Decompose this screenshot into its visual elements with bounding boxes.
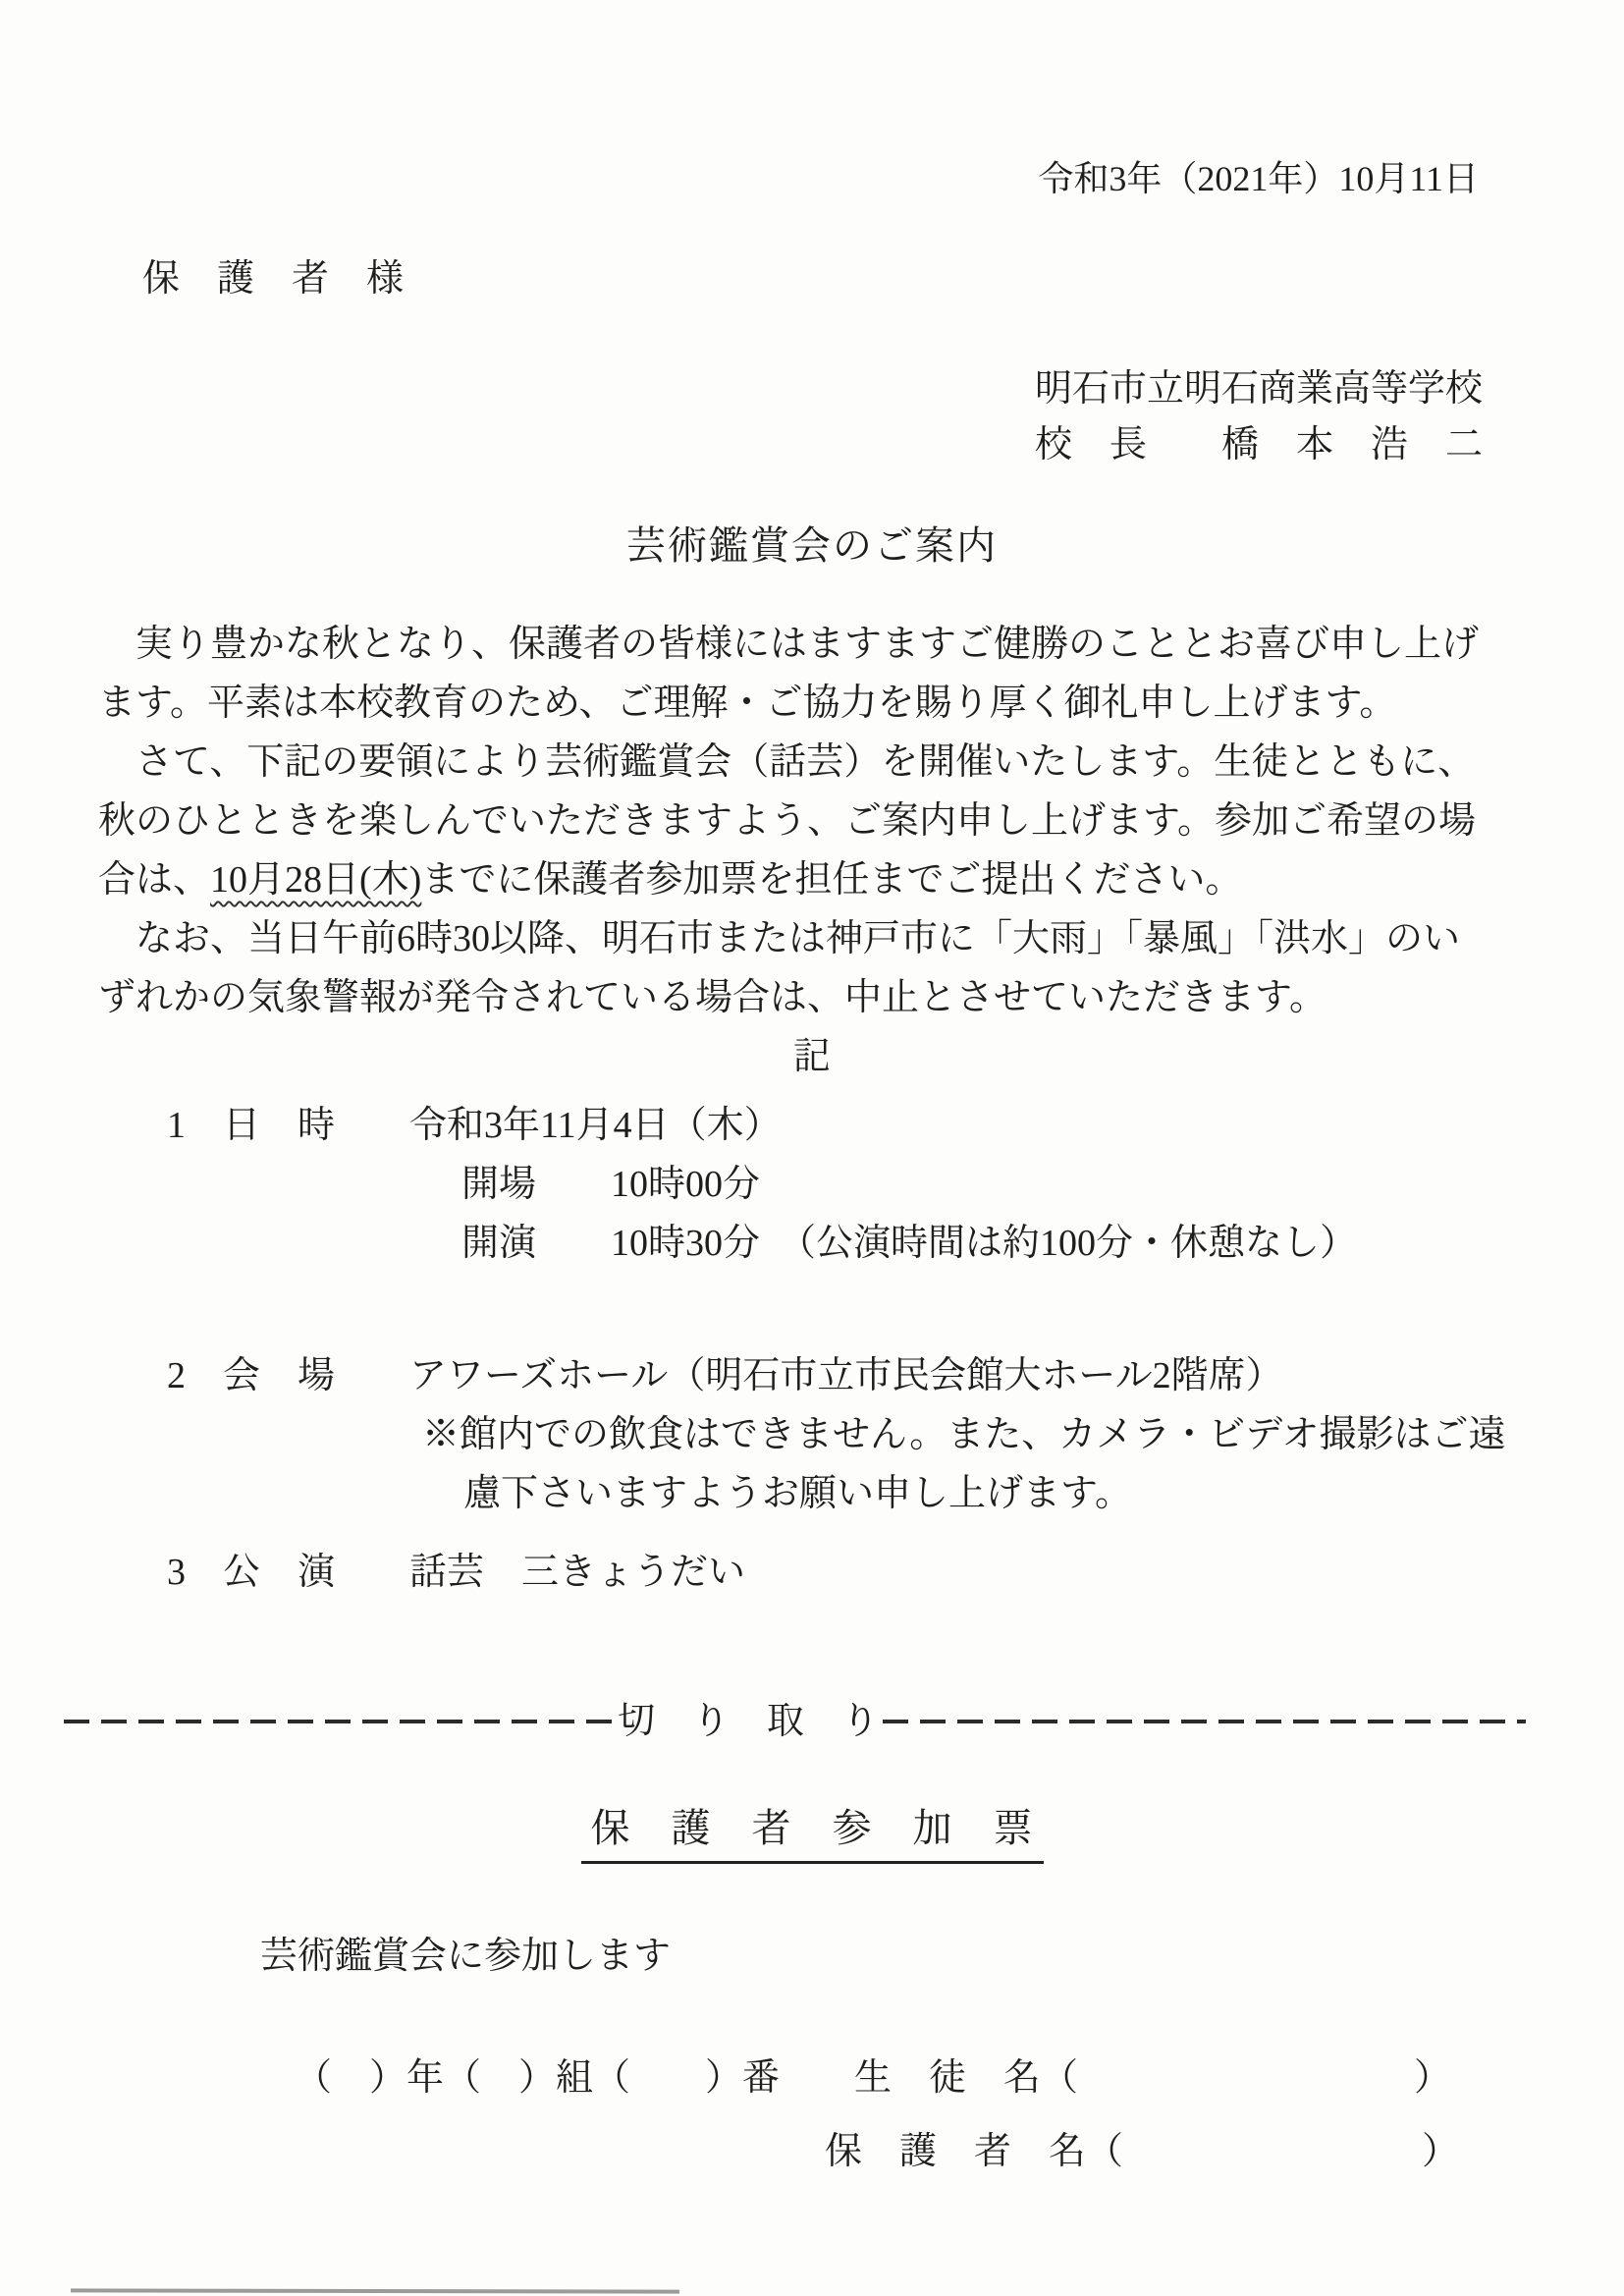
venue-note-line1: ※館内での飲食はできません。また、カメラ・ビデオ撮影はご遠	[422, 1405, 1526, 1464]
venue-note-line2: 慮下さいますようお願い申し上げます。	[463, 1464, 1526, 1523]
document-title: 芸術鑑賞会のご案内	[98, 522, 1526, 570]
sender-principal: 校 長 橋 本 浩 二	[98, 417, 1483, 473]
cut-line-dashes-right	[883, 1720, 1526, 1723]
deadline-text-before: 合は、	[98, 859, 210, 901]
body-paragraphs: 実り豊かな秋となり、保護者の皆様にはますますご健勝のこととお喜び申し上げ ます。…	[98, 615, 1526, 1027]
form-student-row: （ ）年（ ）組（ ）番 生 徒 名（ ）	[295, 2049, 1526, 2107]
notice-marker: 記	[98, 1027, 1526, 1086]
form-statement: 芸術鑑賞会に参加します	[260, 1927, 1526, 1986]
form-title: 保 護 者 参 加 票	[581, 1797, 1044, 1864]
scan-edge-artifact	[71, 2288, 679, 2293]
paragraph1-line1: 実り豊かな秋となり、保護者の皆様にはますますご健勝のこととお喜び申し上げ	[98, 615, 1526, 674]
paragraph1-line2: ます。平素は本校教育のため、ご理解・ご協力を賜り厚く御礼申し上げます。	[98, 674, 1526, 733]
item-performance: 3 公 演 話芸 三きょうだい	[167, 1543, 1526, 1602]
sender-school: 明石市立明石商業高等学校	[98, 361, 1483, 417]
addressee: 保 護 者 様	[142, 259, 1526, 299]
item-start-time: 開演 10時30分 （公演時間は約100分・休憩なし）	[461, 1214, 1526, 1273]
cut-line-dashes-left	[64, 1720, 614, 1723]
document-page: 令和3年（2021年）10月11日 保 護 者 様 明石市立明石商業高等学校 校…	[0, 0, 1624, 2296]
paragraph3-line1: なお、当日午前6時30以降、明石市または神戸市に「大雨」「暴風」「洪水」のい	[98, 909, 1526, 968]
form-guardian-row: 保 護 者 名（ ）	[825, 2122, 1526, 2181]
cut-line: 切 り 取 り	[64, 1700, 1526, 1743]
document-date: 令和3年（2021年）10月11日	[98, 159, 1526, 198]
cut-line-label: 切 り 取 り	[614, 1700, 883, 1743]
item-datetime: 1 日 時 令和3年11月4日（木）	[167, 1096, 1526, 1155]
item-doors-open: 開場 10時00分	[461, 1155, 1526, 1214]
paragraph2-line3: 合は、10月28日(木)までに保護者参加票を担任までご提出ください。	[98, 850, 1526, 909]
paragraph2-line2: 秋のひとときを楽しんでいただきますよう、ご案内申し上げます。参加ご希望の場	[98, 792, 1526, 850]
deadline-text-after: までに保護者参加票を担任までご提出ください。	[421, 859, 1242, 901]
sender-block: 明石市立明石商業高等学校 校 長 橋 本 浩 二	[98, 361, 1526, 473]
paragraph3-line2: ずれかの気象警報が発令されている場合は、中止とさせていただきます。	[98, 968, 1526, 1027]
deadline-date-underlined: 10月28日(木)	[210, 859, 421, 901]
paragraph2-line1: さて、下記の要領により芸術鑑賞会（話芸）を開催いたします。生徒とともに、	[98, 733, 1526, 792]
item-venue: 2 会 場 アワーズホール（明石市立市民会館大ホール2階席）	[167, 1346, 1526, 1405]
form-title-row: 保 護 者 参 加 票	[98, 1797, 1526, 1864]
